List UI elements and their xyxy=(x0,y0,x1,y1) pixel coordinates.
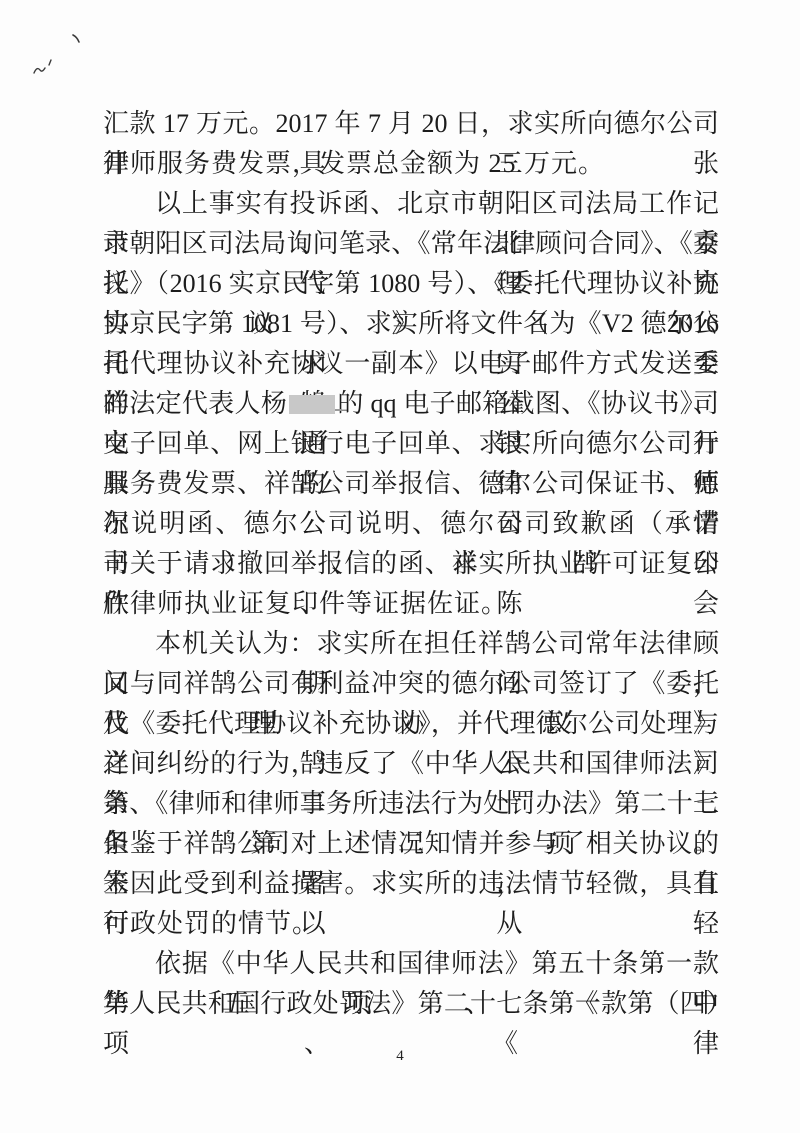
text-line: 议》（2016 实京民字第 1080 号）、《委托代理协议补充协议》（2016 xyxy=(103,264,719,304)
text-block: 汇款 17 万元。2017 年 7 月 20 日，求实所向德尔公司开具三张律师服… xyxy=(103,104,719,1024)
text-line: 依据《中华人民共和国律师法》第五十条第一款第五项、《中 xyxy=(103,944,719,984)
text-line: 条、《律师和律师事务所违法行为处罚办法》第二十七条第二项。 xyxy=(103,784,719,824)
text-line: 托代理协议补充协议一副本》以电子邮件方式发送至祥鹄公司 xyxy=(103,344,719,384)
text-line: 服务费发票、祥鹄公司举报信、德尔公司保证书、德尔公司情 xyxy=(103,464,719,504)
text-line: 实京民字第 1081 号）、求实所将文件名为《V2 德尔公司求实委 xyxy=(103,304,719,344)
text-line: 以上事实有投诉函、北京市朝阳区司法局工作记录、北京 xyxy=(103,184,719,224)
text-line: 况说明函、德尔公司说明、德尔公司致歉函（承诺书）、祥鹄公 xyxy=(103,504,719,544)
scanned-document-page: 汇款 17 万元。2017 年 7 月 20 日，求实所向德尔公司开具三张律师服… xyxy=(0,0,800,1133)
text-line: 电子回单、网上银行电子回单、求实所向德尔公司开具的律师 xyxy=(103,424,719,464)
page-number: 4 xyxy=(0,1048,800,1065)
text-line: 之间纠纷的行为，违反了《中华人民共和国律师法》第二十三 xyxy=(103,744,719,784)
text-line: 又与同祥鹄公司有利益冲突的德尔公司签订了《委托代理协议》 xyxy=(103,664,719,704)
text-line: 的法定代表人杨的 qq 电子邮箱截图、《协议书》、交通银行 xyxy=(103,384,719,424)
text-line: 市朝阳区司法局询问笔录、《常年法律顾问合同》、《委托代理协 xyxy=(103,224,719,264)
text-segment: 的法定代表人杨 xyxy=(103,389,287,418)
text-line: 汇款 17 万元。2017 年 7 月 20 日，求实所向德尔公司开具三张 xyxy=(103,104,719,144)
ink-squiggle-mark-icon xyxy=(32,58,58,83)
text-line: 华人民共和国行政处罚法》第二十七条第一款第（四）项、《律 xyxy=(103,984,719,1024)
text-line: 司关于请求撤回举报信的函、求实所执业许可证复印件、陈会 xyxy=(103,544,719,584)
text-line: 未因此受到利益损害。求实所的违法情节轻微，具有可以从轻 xyxy=(103,864,719,904)
ink-tick-mark-icon xyxy=(70,32,84,51)
text-line: 但鉴于祥鹄公司对上述情况知情并参与了相关协议的签署，且 xyxy=(103,824,719,864)
text-line: 本机关认为：求实所在担任祥鹄公司常年法律顾问期间， xyxy=(103,624,719,664)
text-line: 及《委托代理协议补充协议》，并代理德尔公司处理与祥鹄公司 xyxy=(103,704,719,744)
redaction-box xyxy=(289,395,335,414)
